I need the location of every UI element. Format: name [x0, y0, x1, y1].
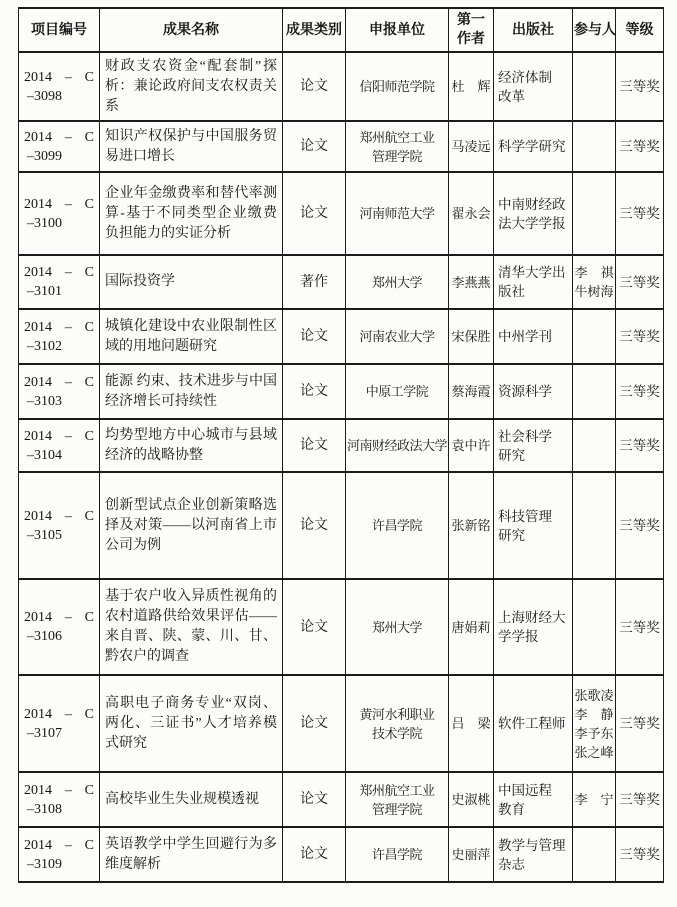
- cell-first-author: 张新铭: [449, 472, 494, 579]
- cell-category: 论文: [283, 419, 346, 472]
- cell-grade: 三等奖: [616, 472, 664, 579]
- cell-participants: [573, 579, 616, 675]
- cell-category: 著作: [283, 255, 346, 309]
- cell-achievement-name: 企业年金缴费率和替代率测算-基于不同类型企业缴费负担能力的实证分析: [100, 172, 283, 255]
- cell-grade: 三等奖: [616, 419, 664, 472]
- cell-category: 论文: [283, 675, 346, 772]
- cell-publisher: 上海财经大 学学报: [494, 579, 573, 675]
- cell-project-id: 2014 – C –3102: [19, 309, 100, 364]
- project-id-line2: –3103: [24, 392, 94, 411]
- cell-participants: [573, 121, 616, 172]
- cell-category: 论文: [283, 172, 346, 255]
- project-id-line1: 2014 – C: [24, 427, 94, 446]
- table-row: 2014 – C –3104 均势型地方中心城市与县域经济的战略协整 论文 河南…: [19, 419, 664, 472]
- table-row: 2014 – C –3098 财政支农资金“配套制”探析：兼论政府间支农权责关系…: [19, 52, 664, 121]
- cell-category: 论文: [283, 827, 346, 882]
- cell-achievement-name: 高职电子商务专业“双岗、两化、三证书”人才培养模式研究: [100, 675, 283, 772]
- cell-category: 论文: [283, 772, 346, 827]
- cell-publisher: 科学学研究: [494, 121, 573, 172]
- project-id-line2: –3101: [24, 282, 94, 301]
- cell-first-author: 史淑桃: [449, 772, 494, 827]
- cell-unit: 许昌学院: [346, 827, 449, 882]
- cell-project-id: 2014 – C –3108: [19, 772, 100, 827]
- table-row: 2014 – C –3101 国际投资学 著作 郑州大学 李燕燕 清华大学出 版…: [19, 255, 664, 309]
- document-page: 项目编号 成果名称 成果类别 申报单位 第一 作者 出版社 参与人 等级 201…: [18, 7, 664, 883]
- cell-participants: 张歌凌 李 静 李予东 张之峰: [573, 675, 616, 772]
- cell-publisher: 中国远程 教育: [494, 772, 573, 827]
- project-id-line2: –3098: [24, 87, 94, 106]
- cell-unit: 中原工学院: [346, 364, 449, 419]
- cell-publisher: 经济体制 改革: [494, 52, 573, 121]
- cell-project-id: 2014 – C –3103: [19, 364, 100, 419]
- cell-achievement-name: 国际投资学: [100, 255, 283, 309]
- col-header-unit: 申报单位: [346, 8, 449, 52]
- project-id-line1: 2014 – C: [24, 608, 94, 627]
- cell-unit: 郑州大学: [346, 579, 449, 675]
- cell-unit: 郑州航空工业 管理学院: [346, 121, 449, 172]
- cell-grade: 三等奖: [616, 309, 664, 364]
- table-row: 2014 – C –3102 城镇化建设中农业限制性区域的用地问题研究 论文 河…: [19, 309, 664, 364]
- cell-first-author: 袁中许: [449, 419, 494, 472]
- project-id-line1: 2014 – C: [24, 195, 94, 214]
- cell-achievement-name: 城镇化建设中农业限制性区域的用地问题研究: [100, 309, 283, 364]
- cell-unit: 河南农业大学: [346, 309, 449, 364]
- cell-first-author: 宋保胜: [449, 309, 494, 364]
- col-header-participants: 参与人: [573, 8, 616, 52]
- cell-first-author: 唐娟莉: [449, 579, 494, 675]
- table-row: 2014 – C –3106 基于农户收入异质性视角的农村道路供给效果评估——来…: [19, 579, 664, 675]
- cell-participants: [573, 419, 616, 472]
- project-id-line1: 2014 – C: [24, 68, 94, 87]
- project-id-line2: –3102: [24, 337, 94, 356]
- cell-grade: 三等奖: [616, 364, 664, 419]
- cell-publisher: 资源科学: [494, 364, 573, 419]
- cell-unit: 郑州航空工业 管理学院: [346, 772, 449, 827]
- cell-project-id: 2014 – C –3098: [19, 52, 100, 121]
- project-id-line2: –3104: [24, 446, 94, 465]
- cell-publisher: 教学与管理 杂志: [494, 827, 573, 882]
- table-row: 2014 – C –3099 知识产权保护与中国服务贸易进口增长 论文 郑州航空…: [19, 121, 664, 172]
- cell-first-author: 马凌远: [449, 121, 494, 172]
- cell-grade: 三等奖: [616, 772, 664, 827]
- cell-achievement-name: 创新型试点企业创新策略选择及对策——以河南省上市公司为例: [100, 472, 283, 579]
- cell-grade: 三等奖: [616, 579, 664, 675]
- cell-publisher: 中州学刊: [494, 309, 573, 364]
- col-header-grade: 等级: [616, 8, 664, 52]
- cell-first-author: 杜 辉: [449, 52, 494, 121]
- cell-participants: [573, 364, 616, 419]
- project-id-line1: 2014 – C: [24, 263, 94, 282]
- col-header-achievement: 成果名称: [100, 8, 283, 52]
- cell-project-id: 2014 – C –3105: [19, 472, 100, 579]
- cell-unit: 信阳师范学院: [346, 52, 449, 121]
- cell-publisher: 中南财经政 法大学学报: [494, 172, 573, 255]
- cell-category: 论文: [283, 579, 346, 675]
- cell-grade: 三等奖: [616, 172, 664, 255]
- table-row: 2014 – C –3105 创新型试点企业创新策略选择及对策——以河南省上市公…: [19, 472, 664, 579]
- cell-category: 论文: [283, 472, 346, 579]
- cell-grade: 三等奖: [616, 675, 664, 772]
- col-header-project-id: 项目编号: [19, 8, 100, 52]
- cell-category: 论文: [283, 52, 346, 121]
- cell-participants: 李 宁: [573, 772, 616, 827]
- cell-participants: 李 祺 牛树海: [573, 255, 616, 309]
- project-id-line1: 2014 – C: [24, 836, 94, 855]
- table-row: 2014 – C –3108 高校毕业生失业规模透视 论文 郑州航空工业 管理学…: [19, 772, 664, 827]
- project-id-line1: 2014 – C: [24, 705, 94, 724]
- cell-unit: 河南财经政法大学: [346, 419, 449, 472]
- cell-achievement-name: 能源 约束、技术进步与中国经济增长可持续性: [100, 364, 283, 419]
- cell-project-id: 2014 – C –3099: [19, 121, 100, 172]
- cell-achievement-name: 财政支农资金“配套制”探析：兼论政府间支农权责关系: [100, 52, 283, 121]
- project-id-line1: 2014 – C: [24, 128, 94, 147]
- cell-project-id: 2014 – C –3100: [19, 172, 100, 255]
- project-id-line2: –3105: [24, 526, 94, 545]
- cell-project-id: 2014 – C –3107: [19, 675, 100, 772]
- cell-achievement-name: 英语教学中学生回避行为多维度解析: [100, 827, 283, 882]
- cell-project-id: 2014 – C –3109: [19, 827, 100, 882]
- cell-publisher: 清华大学出 版社: [494, 255, 573, 309]
- project-id-line2: –3106: [24, 627, 94, 646]
- table-row: 2014 – C –3107 高职电子商务专业“双岗、两化、三证书”人才培养模式…: [19, 675, 664, 772]
- awards-table: 项目编号 成果名称 成果类别 申报单位 第一 作者 出版社 参与人 等级 201…: [18, 7, 664, 883]
- table-row: 2014 – C –3109 英语教学中学生回避行为多维度解析 论文 许昌学院 …: [19, 827, 664, 882]
- col-header-first-author: 第一 作者: [449, 8, 494, 52]
- cell-unit: 郑州大学: [346, 255, 449, 309]
- cell-category: 论文: [283, 364, 346, 419]
- project-id-line2: –3107: [24, 724, 94, 743]
- cell-grade: 三等奖: [616, 255, 664, 309]
- cell-participants: [573, 172, 616, 255]
- cell-project-id: 2014 – C –3104: [19, 419, 100, 472]
- cell-achievement-name: 高校毕业生失业规模透视: [100, 772, 283, 827]
- col-header-category: 成果类别: [283, 8, 346, 52]
- col-header-publisher: 出版社: [494, 8, 573, 52]
- table-row: 2014 – C –3103 能源 约束、技术进步与中国经济增长可持续性 论文 …: [19, 364, 664, 419]
- cell-first-author: 吕 梁: [449, 675, 494, 772]
- project-id-line2: –3109: [24, 855, 94, 874]
- cell-unit: 河南师范大学: [346, 172, 449, 255]
- cell-first-author: 蔡海霞: [449, 364, 494, 419]
- cell-publisher: 软件工程师: [494, 675, 573, 772]
- project-id-line2: –3100: [24, 214, 94, 233]
- table-row: 2014 – C –3100 企业年金缴费率和替代率测算-基于不同类型企业缴费负…: [19, 172, 664, 255]
- cell-category: 论文: [283, 121, 346, 172]
- cell-participants: [573, 52, 616, 121]
- cell-participants: [573, 472, 616, 579]
- cell-participants: [573, 827, 616, 882]
- project-id-line1: 2014 – C: [24, 318, 94, 337]
- cell-first-author: 史丽萍: [449, 827, 494, 882]
- cell-project-id: 2014 – C –3106: [19, 579, 100, 675]
- cell-achievement-name: 基于农户收入异质性视角的农村道路供给效果评估——来自晋、陕、蒙、川、甘、黔农户的…: [100, 579, 283, 675]
- cell-category: 论文: [283, 309, 346, 364]
- project-id-line1: 2014 – C: [24, 781, 94, 800]
- cell-first-author: 翟永会: [449, 172, 494, 255]
- project-id-line2: –3108: [24, 800, 94, 819]
- cell-participants: [573, 309, 616, 364]
- header-row: 项目编号 成果名称 成果类别 申报单位 第一 作者 出版社 参与人 等级: [19, 8, 664, 52]
- cell-project-id: 2014 – C –3101: [19, 255, 100, 309]
- project-id-line2: –3099: [24, 147, 94, 166]
- cell-first-author: 李燕燕: [449, 255, 494, 309]
- project-id-line1: 2014 – C: [24, 507, 94, 526]
- cell-unit: 许昌学院: [346, 472, 449, 579]
- cell-publisher: 社会科学 研究: [494, 419, 573, 472]
- cell-grade: 三等奖: [616, 827, 664, 882]
- project-id-line1: 2014 – C: [24, 373, 94, 392]
- cell-achievement-name: 均势型地方中心城市与县域经济的战略协整: [100, 419, 283, 472]
- cell-achievement-name: 知识产权保护与中国服务贸易进口增长: [100, 121, 283, 172]
- cell-publisher: 科技管理 研究: [494, 472, 573, 579]
- cell-grade: 三等奖: [616, 52, 664, 121]
- cell-unit: 黄河水利职业 技术学院: [346, 675, 449, 772]
- cell-grade: 三等奖: [616, 121, 664, 172]
